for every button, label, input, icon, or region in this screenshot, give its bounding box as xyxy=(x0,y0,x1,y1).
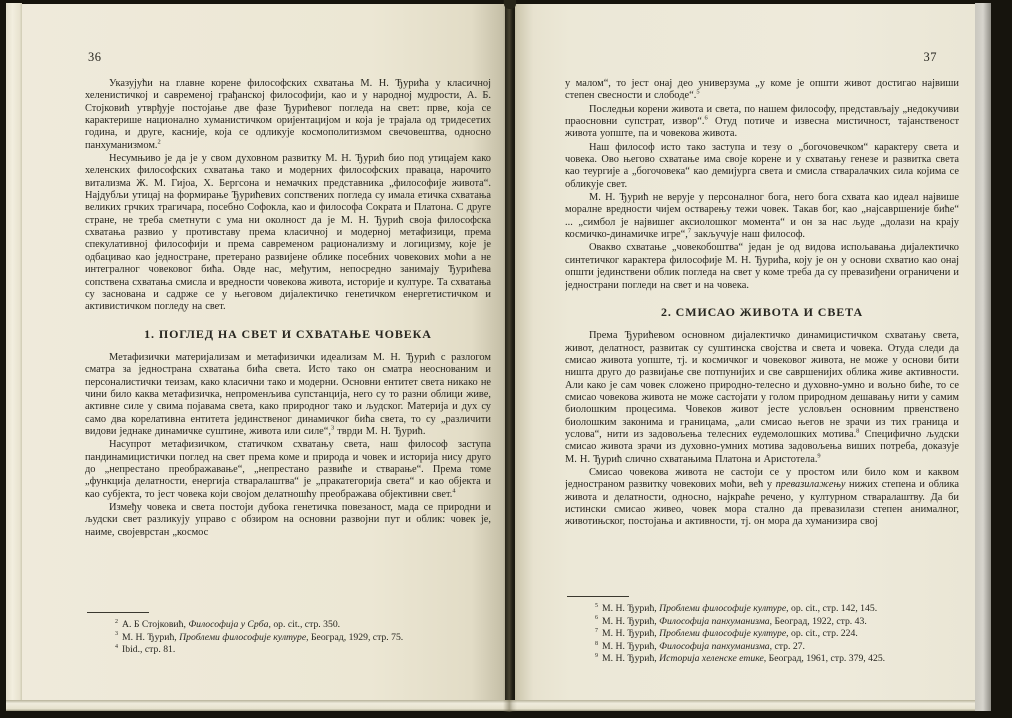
footnote: 4Ibid., стр. 81. xyxy=(85,644,491,657)
footnote-list: 5М. Н. Ђурић, Проблеми философије култур… xyxy=(565,603,959,666)
footnote: 7М. Н. Ђурић, Проблеми философије култур… xyxy=(565,628,959,641)
footnote-separator xyxy=(87,612,149,613)
paragraph: Између човека и света постоји дубока ген… xyxy=(85,502,491,539)
page-number-right: 37 xyxy=(924,50,938,65)
section-heading: 1. ПОГЛЕД НА СВЕТ И СХВАТАЊЕ ЧОВЕКА xyxy=(85,328,491,340)
book-page-stack-bottom xyxy=(6,700,990,711)
footnote: 9М. Н. Ђурић, Историја хеленске етике, Б… xyxy=(565,653,959,666)
book-gutter-shadow xyxy=(503,0,517,712)
book-spread: 36 Указујући на главне корене философски… xyxy=(0,0,1012,718)
page-left: 36 Указујући на главне корене философски… xyxy=(22,4,505,700)
footnote-list: 2А. Б Стојковић, Философија у Срба, op. … xyxy=(85,619,491,657)
page-right: 37 у малом“, то јест онај део универзума… xyxy=(515,4,975,700)
paragraph: Последњи корени живота и света, по нашем… xyxy=(565,104,959,141)
page-number-left: 36 xyxy=(88,50,102,65)
page-right-body: у малом“, то јест онај део универзума „у… xyxy=(565,78,959,594)
book-fore-edge-right xyxy=(975,3,991,711)
paragraph: М. Н. Ђурић не верује у персоналног бога… xyxy=(565,192,959,241)
footnote: 8М. Н. Ђурић, Философија панхуманизма, с… xyxy=(565,641,959,654)
footnote-separator xyxy=(567,596,629,597)
page-left-footnotes: 2А. Б Стојковић, Философија у Срба, op. … xyxy=(85,612,491,657)
book-fore-edge-left xyxy=(6,3,22,710)
paragraph: Смисао човекова живота не састоји се у п… xyxy=(565,467,959,529)
section-heading: 2. СМИСАО ЖИВОТА И СВЕТА xyxy=(565,306,959,318)
paragraph: Наш философ исто тако заступа и тезу о „… xyxy=(565,142,959,191)
page-right-footnotes: 5М. Н. Ђурић, Проблеми философије култур… xyxy=(565,596,959,666)
paragraph: Указујући на главне корене философских с… xyxy=(85,78,491,152)
page-left-body: Указујући на главне корене философских с… xyxy=(85,78,491,612)
book-gutter-notch xyxy=(504,0,516,9)
paragraph: Насупрот метафизичком, статичком схватањ… xyxy=(85,439,491,501)
footnote: 2А. Б Стојковић, Философија у Срба, op. … xyxy=(85,619,491,632)
footnote: 6М. Н. Ђурић, Философија панхуманизма, Б… xyxy=(565,616,959,629)
paragraph: Несумњиво је да је у свом духовном разви… xyxy=(85,153,491,313)
paragraph: Метафизички материјализам и метафизички … xyxy=(85,352,491,438)
footnote: 3М. Н. Ђурић, Проблеми философије култур… xyxy=(85,632,491,645)
paragraph: Овакво схватање „човекобоштва“ један је … xyxy=(565,242,959,291)
paragraph: Према Ђурићевом основном дијалектичко ди… xyxy=(565,330,959,466)
paragraph: у малом“, то јест онај део универзума „у… xyxy=(565,78,959,103)
footnote: 5М. Н. Ђурић, Проблеми философије култур… xyxy=(565,603,959,616)
